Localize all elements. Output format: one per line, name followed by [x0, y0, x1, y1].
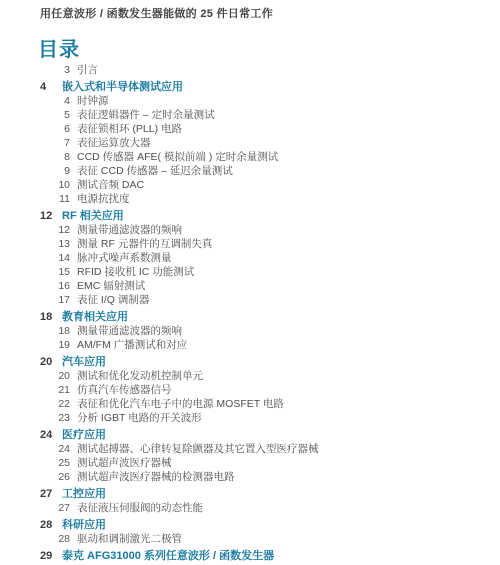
toc-item-entry[interactable]: 5 表征逻辑器件 – 定时余量测试 [40, 108, 500, 122]
toc-item-entry[interactable]: 8 CCD 传感器 AFE( 模拟前端 ) 定时余量测试 [40, 150, 500, 164]
toc-item-entry[interactable]: 15 RFID 接收机 IC 功能测试 [40, 265, 500, 279]
toc-item-page-number: 20 [40, 369, 70, 383]
toc-item-label[interactable]: EMC 辐射测试 [77, 279, 145, 293]
toc-item-entry[interactable]: 3 引言 [40, 63, 500, 77]
toc-item-label[interactable]: 驱动和调制激光二极管 [77, 532, 182, 546]
toc-item-label[interactable]: 测量 RF 元器件的互调制失真 [77, 237, 212, 251]
toc-section-entry[interactable]: 24 医疗应用 [40, 428, 500, 442]
toc-item-label[interactable]: 测试和优化发动机控制单元 [77, 369, 203, 383]
toc-item-label[interactable]: AM/FM 广播测试和对应 [77, 338, 187, 352]
toc-item-page-number: 11 [40, 192, 70, 206]
toc-item-label[interactable]: 表征运算放大器 [77, 136, 151, 150]
toc-item-entry[interactable]: 26 测试超声波医疗器械的检测器电路 [40, 470, 500, 484]
toc-item-page-number: 12 [40, 223, 70, 237]
toc-item-entry[interactable]: 13 测量 RF 元器件的互调制失真 [40, 237, 500, 251]
toc-section-page-number: 12 [40, 209, 62, 223]
toc-item-entry[interactable]: 7 表征运算放大器 [40, 136, 500, 150]
toc-item-label[interactable]: 脉冲式噪声系数测量 [77, 251, 172, 265]
toc-item-page-number: 25 [40, 456, 70, 470]
toc-item-entry[interactable]: 22 表征和优化汽车电子中的电源 MOSFET 电路 [40, 397, 500, 411]
toc-list: 3 引言 4 嵌入式和半导体测试应用 4 时钟源 5 表征逻辑器件 – 定时余量… [40, 63, 500, 563]
toc-item-entry[interactable]: 18 测量带通滤波器的频响 [40, 324, 500, 338]
toc-item-label[interactable]: 表征 I/Q 调制器 [77, 293, 149, 307]
toc-item-page-number: 22 [40, 397, 70, 411]
toc-item-entry[interactable]: 17 表征 I/Q 调制器 [40, 293, 500, 307]
document-page: 用任意波形 / 函数发生器能做的 25 件日常工作 目录 3 引言 4 嵌入式和… [0, 0, 500, 565]
toc-item-entry[interactable]: 6 表征锁相环 (PLL) 电路 [40, 122, 500, 136]
toc-item-page-number: 21 [40, 383, 70, 397]
toc-item-entry[interactable]: 14 脉冲式噪声系数测量 [40, 251, 500, 265]
toc-item-entry[interactable]: 16 EMC 辐射测试 [40, 279, 500, 293]
toc-item-page-number: 23 [40, 411, 70, 425]
toc-item-label[interactable]: 仿真汽车传感器信号 [77, 383, 172, 397]
toc-item-page-number: 14 [40, 251, 70, 265]
toc-item-page-number: 26 [40, 470, 70, 484]
toc-item-page-number: 17 [40, 293, 70, 307]
toc-item-page-number: 8 [40, 150, 70, 164]
toc-item-label[interactable]: 表征和优化汽车电子中的电源 MOSFET 电路 [77, 397, 284, 411]
toc-item-label[interactable]: 表征液压伺服阀的动态性能 [77, 501, 203, 515]
document-title: 用任意波形 / 函数发生器能做的 25 件日常工作 [40, 7, 500, 21]
toc-item-label[interactable]: 时钟源 [77, 94, 109, 108]
toc-section-entry[interactable]: 20 汽车应用 [40, 355, 500, 369]
toc-section-entry[interactable]: 18 教育相关应用 [40, 310, 500, 324]
toc-section-title[interactable]: 汽车应用 [62, 355, 106, 369]
toc-item-label[interactable]: 测试超声波医疗器械 [77, 456, 172, 470]
toc-item-entry[interactable]: 20 测试和优化发动机控制单元 [40, 369, 500, 383]
toc-section-title[interactable]: 嵌入式和半导体测试应用 [62, 80, 183, 94]
toc-item-label[interactable]: 分析 IGBT 电路的开关波形 [77, 411, 202, 425]
toc-item-entry[interactable]: 21 仿真汽车传感器信号 [40, 383, 500, 397]
toc-item-label[interactable]: RFID 接收机 IC 功能测试 [77, 265, 194, 279]
toc-item-page-number: 16 [40, 279, 70, 293]
toc-item-page-number: 28 [40, 532, 70, 546]
toc-item-entry[interactable]: 24 测试起搏器、心律转复除颤器及其它置入型医疗器械 [40, 442, 500, 456]
toc-item-page-number: 18 [40, 324, 70, 338]
toc-item-label[interactable]: 表征逻辑器件 – 定时余量测试 [77, 108, 215, 122]
toc-item-entry[interactable]: 27 表征液压伺服阀的动态性能 [40, 501, 500, 515]
toc-item-label[interactable]: 测试起搏器、心律转复除颤器及其它置入型医疗器械 [77, 442, 319, 456]
toc-item-entry[interactable]: 4 时钟源 [40, 94, 500, 108]
toc-item-entry[interactable]: 25 测试超声波医疗器械 [40, 456, 500, 470]
toc-item-label[interactable]: 测量带通滤波器的频响 [77, 324, 182, 338]
toc-item-entry[interactable]: 28 驱动和调制激光二极管 [40, 532, 500, 546]
toc-item-label[interactable]: CCD 传感器 AFE( 模拟前端 ) 定时余量测试 [77, 150, 278, 164]
toc-section-title[interactable]: 科研应用 [62, 518, 106, 532]
toc-item-entry[interactable]: 23 分析 IGBT 电路的开关波形 [40, 411, 500, 425]
toc-item-label[interactable]: 表征锁相环 (PLL) 电路 [77, 122, 182, 136]
toc-item-label[interactable]: 测量带通滤波器的频响 [77, 223, 182, 237]
toc-section-entry[interactable]: 28 科研应用 [40, 518, 500, 532]
toc-item-label[interactable]: 测试超声波医疗器械的检测器电路 [77, 470, 235, 484]
toc-section-page-number: 18 [40, 310, 62, 324]
toc-section-page-number: 20 [40, 355, 62, 369]
toc-section-title[interactable]: RF 相关应用 [62, 209, 124, 223]
toc-item-page-number: 7 [40, 136, 70, 150]
toc-item-page-number: 10 [40, 178, 70, 192]
toc-section-title[interactable]: 医疗应用 [62, 428, 106, 442]
toc-item-label[interactable]: 电源抗扰度 [77, 192, 130, 206]
toc-item-label[interactable]: 表征 CCD 传感器 – 延迟余量测试 [77, 164, 233, 178]
toc-section-page-number: 24 [40, 428, 62, 442]
toc-item-page-number: 9 [40, 164, 70, 178]
toc-item-page-number: 6 [40, 122, 70, 136]
toc-section-page-number: 28 [40, 518, 62, 532]
toc-section-title[interactable]: 工控应用 [62, 487, 106, 501]
toc-item-page-number: 3 [40, 63, 70, 77]
toc-heading: 目录 [38, 39, 500, 61]
toc-item-entry[interactable]: 19 AM/FM 广播测试和对应 [40, 338, 500, 352]
toc-section-page-number: 4 [40, 80, 62, 94]
toc-item-page-number: 24 [40, 442, 70, 456]
toc-item-page-number: 27 [40, 501, 70, 515]
toc-section-title[interactable]: 泰克 AFG31000 系列任意波形 / 函数发生器 [62, 549, 274, 563]
toc-section-entry[interactable]: 29 泰克 AFG31000 系列任意波形 / 函数发生器 [40, 549, 500, 563]
toc-item-page-number: 5 [40, 108, 70, 122]
toc-item-entry[interactable]: 11 电源抗扰度 [40, 192, 500, 206]
toc-section-page-number: 27 [40, 487, 62, 501]
toc-item-page-number: 13 [40, 237, 70, 251]
toc-item-entry[interactable]: 12 测量带通滤波器的频响 [40, 223, 500, 237]
toc-section-page-number: 29 [40, 549, 62, 563]
toc-item-label[interactable]: 测试音频 DAC [77, 178, 144, 192]
toc-section-title[interactable]: 教育相关应用 [62, 310, 128, 324]
toc-section-entry[interactable]: 27 工控应用 [40, 487, 500, 501]
toc-item-entry[interactable]: 10 测试音频 DAC [40, 178, 500, 192]
toc-section-entry[interactable]: 12 RF 相关应用 [40, 209, 500, 223]
toc-item-entry[interactable]: 9 表征 CCD 传感器 – 延迟余量测试 [40, 164, 500, 178]
toc-item-page-number: 4 [40, 94, 70, 108]
toc-item-page-number: 19 [40, 338, 70, 352]
toc-section-entry[interactable]: 4 嵌入式和半导体测试应用 [40, 80, 500, 94]
toc-item-label[interactable]: 引言 [77, 63, 98, 77]
toc-item-page-number: 15 [40, 265, 70, 279]
